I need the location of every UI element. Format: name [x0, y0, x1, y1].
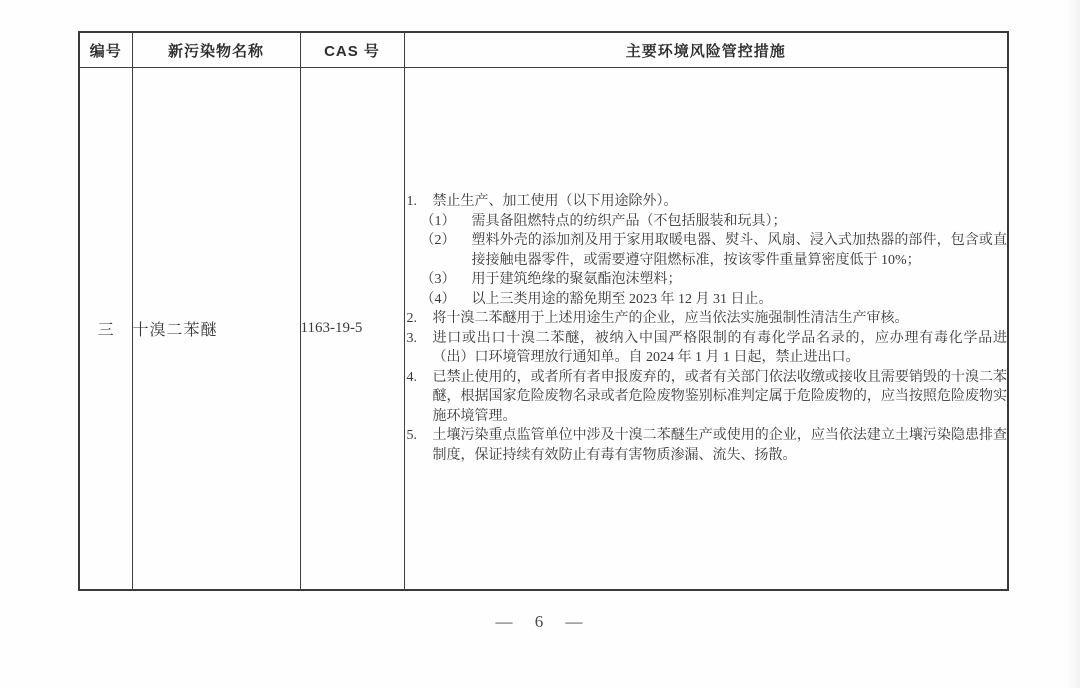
- page-number: — 6 —: [0, 612, 1080, 632]
- measure-item-3-text: 进口或出口十溴二苯醚，被纳入中国严格限制的有毒化学品名录的，应办理有毒化学品进（…: [433, 331, 1008, 366]
- measure-item-5: 5.土壤污染重点监管单位中涉及十溴二苯醚生产或使用的企业，应当依法建立土壤污染隐…: [405, 426, 1008, 465]
- col-header-number: 编号: [79, 32, 132, 68]
- measure-subitem-1-4: （4）以上三类用途的豁免期至 2023 年 12 月 31 日止。: [433, 290, 1008, 310]
- table-row: 三 十溴二苯醚 1163-19-5 1.禁止生产、加工使用（以下用途除外）。 （…: [79, 68, 1008, 591]
- measure-item-5-number: 5.: [407, 426, 418, 446]
- measure-subitem-1-1: （1）需具备阻燃特点的纺织产品（不包括服装和玩具）；: [433, 212, 1008, 232]
- col-header-measures: 主要环境风险管控措施: [404, 32, 1008, 68]
- measure-subitem-1-2-marker: （2）: [421, 231, 456, 251]
- measure-item-4-text: 已禁止使用的，或者所有者申报废弃的，或者有关部门依法收缴或接收且需要销毁的十溴二…: [433, 370, 1008, 424]
- measure-item-1-text: 禁止生产、加工使用（以下用途除外）。: [433, 194, 678, 209]
- measure-item-1-number: 1.: [407, 192, 418, 212]
- measure-subitem-1-1-text: 需具备阻燃特点的纺织产品（不包括服装和玩具）；: [472, 214, 787, 229]
- pollutant-name-cell: 十溴二苯醚: [132, 68, 300, 591]
- measures-cell: 1.禁止生产、加工使用（以下用途除外）。 （1）需具备阻燃特点的纺织产品（不包括…: [404, 68, 1008, 591]
- row-number-cell: 三: [79, 68, 132, 591]
- measure-item-4: 4.已禁止使用的，或者所有者申报废弃的，或者有关部门依法收缴或接收且需要销毁的十…: [405, 368, 1008, 427]
- col-header-cas: CAS 号: [300, 32, 404, 68]
- measure-item-2-text: 将十溴二苯醚用于上述用途生产的企业，应当依法实施强制性清洁生产审核。: [433, 311, 909, 326]
- measure-subitem-1-2-text: 塑料外壳的添加剂及用于家用取暖电器、熨斗、风扇、浸入式加热器的部件，包含或直接接…: [472, 233, 1008, 268]
- cas-number-cell: 1163-19-5: [300, 68, 404, 591]
- measure-subitem-1-3-text: 用于建筑绝缘的聚氨酯泡沫塑料；: [472, 272, 682, 287]
- measure-item-5-text: 土壤污染重点监管单位中涉及十溴二苯醚生产或使用的企业，应当依法建立土壤污染隐患排…: [433, 428, 1008, 463]
- measure-subitem-1-2: （2）塑料外壳的添加剂及用于家用取暖电器、熨斗、风扇、浸入式加热器的部件，包含或…: [433, 231, 1008, 270]
- pollutant-regulation-table: 编号 新污染物名称 CAS 号 主要环境风险管控措施 三 十溴二苯醚 1163-…: [78, 31, 1009, 591]
- measure-item-2: 2.将十溴二苯醚用于上述用途生产的企业，应当依法实施强制性清洁生产审核。: [405, 309, 1008, 329]
- measure-item-4-number: 4.: [407, 368, 418, 388]
- measure-subitem-1-4-text: 以上三类用途的豁免期至 2023 年 12 月 31 日止。: [472, 292, 773, 307]
- measure-item-2-number: 2.: [407, 309, 418, 329]
- measure-subitem-1-3: （3）用于建筑绝缘的聚氨酯泡沫塑料；: [433, 270, 1008, 290]
- measure-item-3: 3.进口或出口十溴二苯醚，被纳入中国严格限制的有毒化学品名录的，应办理有毒化学品…: [405, 329, 1008, 368]
- scan-edge-shading: [1066, 0, 1080, 688]
- document-page: 编号 新污染物名称 CAS 号 主要环境风险管控措施 三 十溴二苯醚 1163-…: [0, 0, 1080, 688]
- measure-item-3-number: 3.: [407, 329, 418, 349]
- measure-item-1: 1.禁止生产、加工使用（以下用途除外）。 （1）需具备阻燃特点的纺织产品（不包括…: [405, 192, 1008, 309]
- measure-subitem-1-3-marker: （3）: [421, 270, 456, 290]
- measure-subitem-1-1-marker: （1）: [421, 212, 456, 232]
- col-header-pollutant-name: 新污染物名称: [132, 32, 300, 68]
- measure-subitem-1-4-marker: （4）: [421, 290, 456, 310]
- table-header-row: 编号 新污染物名称 CAS 号 主要环境风险管控措施: [79, 32, 1008, 68]
